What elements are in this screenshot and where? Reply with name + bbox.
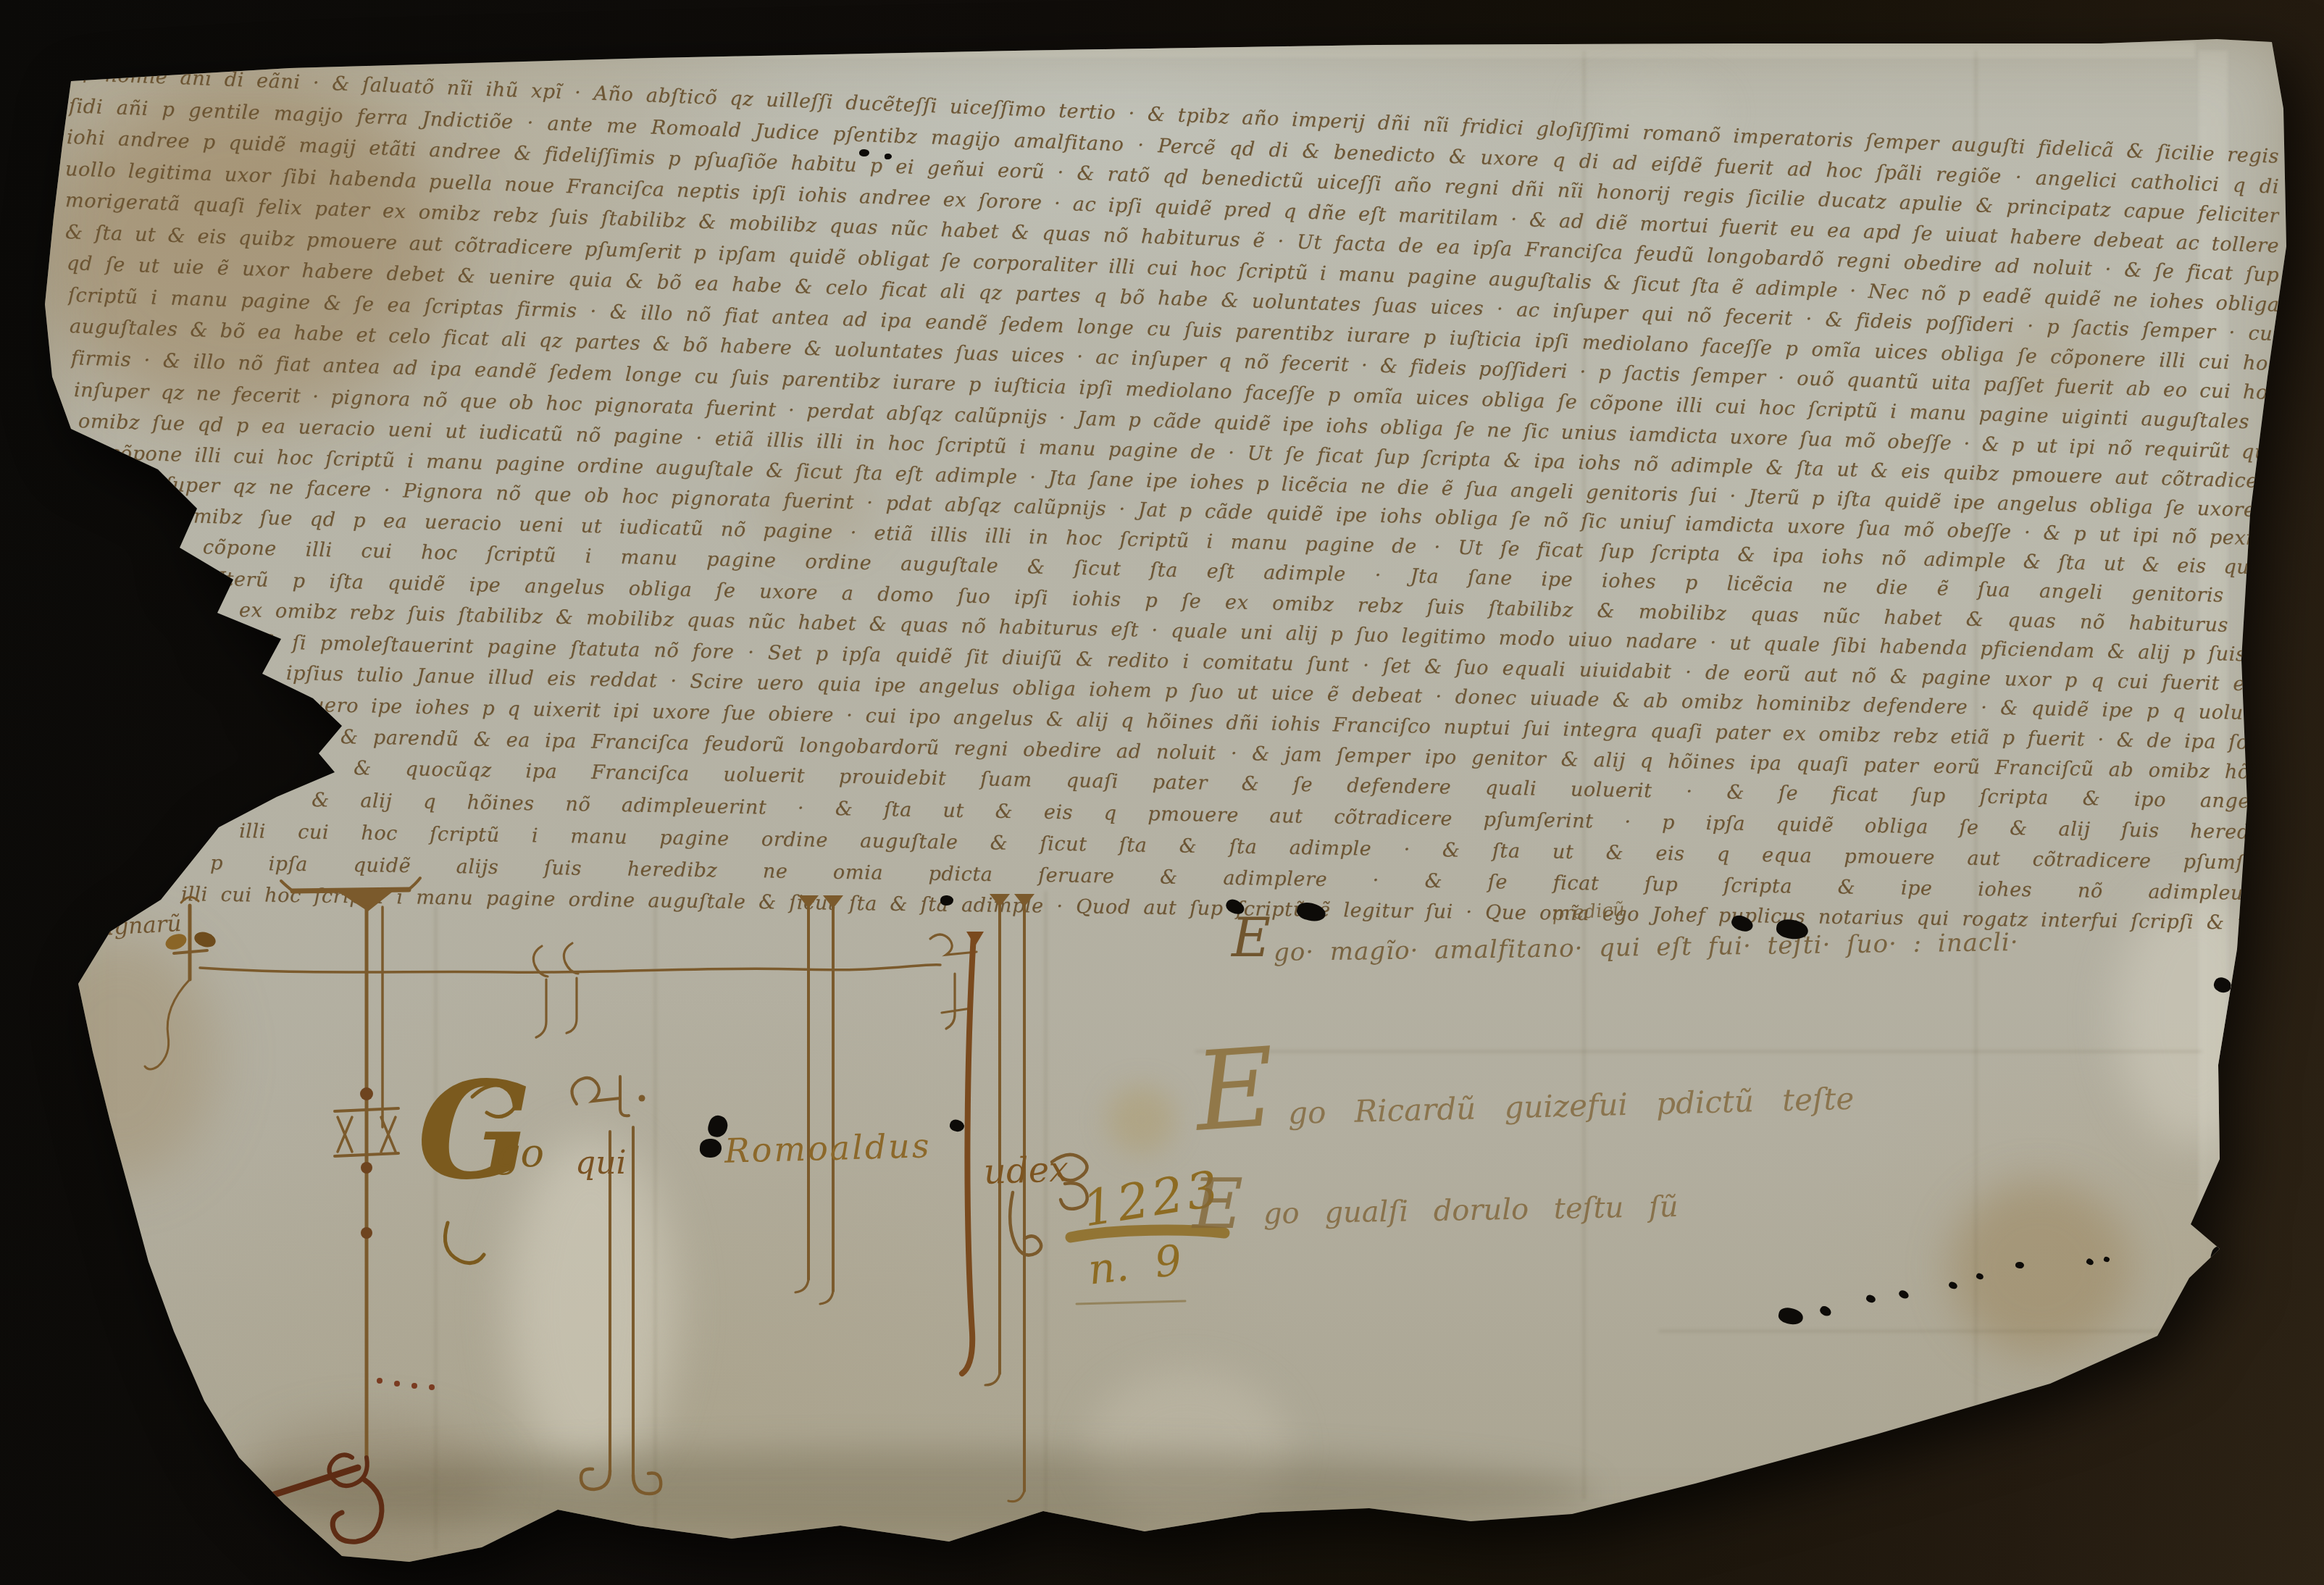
parchment-charter: † nomĩe ãni di eãni · & ſaluatõ nĩi ihũ … xyxy=(0,0,2324,1585)
witness-2-initial: E xyxy=(1191,1024,1279,1155)
marginal-mark: ſhĩ xyxy=(70,30,114,70)
qui-label: qui xyxy=(575,1145,627,1182)
parchment-shadow-wrapper: † nomĩe ãni di eãni · & ſaluatõ nĩi ihũ … xyxy=(0,0,2324,1585)
judex-initial-stroke xyxy=(962,934,974,1373)
witness-1-initial: E xyxy=(1232,907,1271,969)
notary-title: udex xyxy=(983,1149,1069,1192)
notarial-signs-drawing xyxy=(0,0,2324,1585)
witness-3-initial: E xyxy=(1192,1163,1243,1245)
notary-name: Romoaldus xyxy=(724,1126,932,1170)
photo-background: † nomĩe ãni di eãni · & ſaluatõ nĩi ihũ … xyxy=(0,0,2324,1585)
archival-number: n. 9 xyxy=(1086,1235,1184,1294)
ego-suffix: go xyxy=(496,1130,544,1176)
